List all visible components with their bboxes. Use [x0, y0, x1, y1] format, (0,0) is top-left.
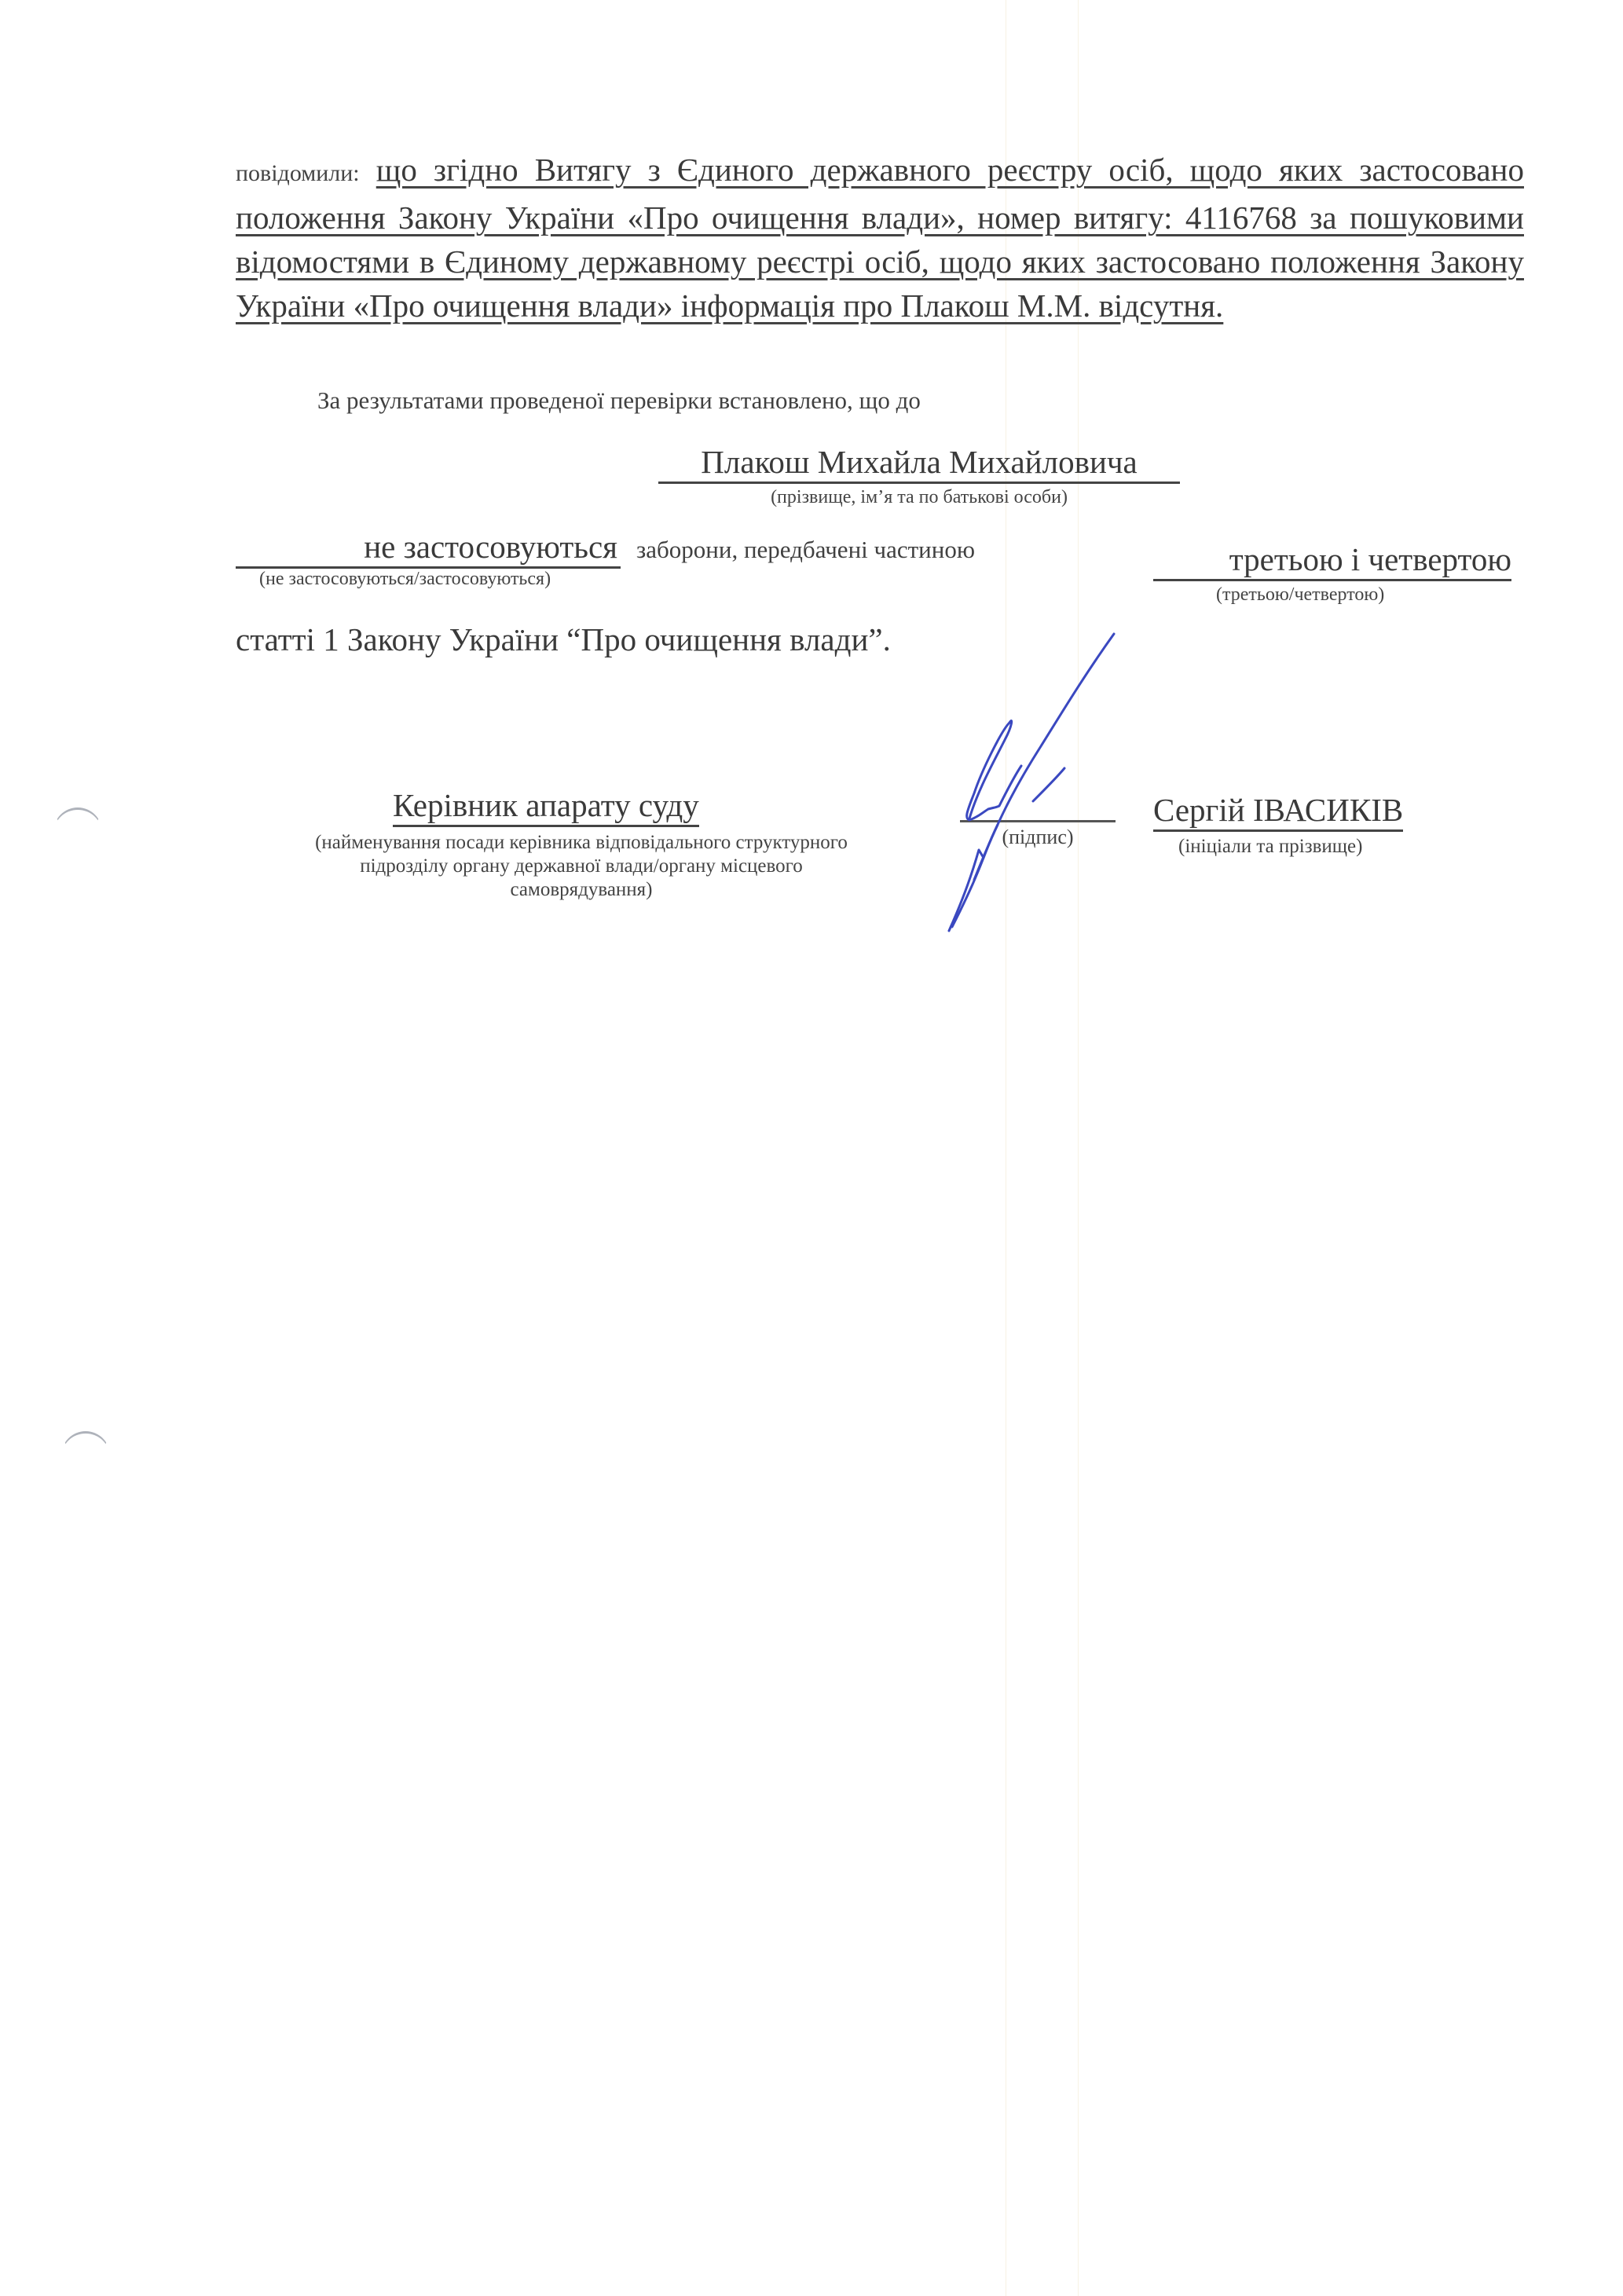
prohibitions-text: заборони, передбачені частиною [636, 536, 975, 564]
result-intro: За результатами проведеної перевірки вст… [317, 386, 921, 415]
position-caption: (найменування посади керівника відповіда… [299, 831, 864, 902]
paragraph-body: що згідно Витягу з Єдиного державного ре… [236, 152, 1524, 324]
punch-hole-mark [53, 807, 102, 856]
position-title: Керівник апарату суду [393, 785, 699, 827]
parts-caption: (третьою/четвертою) [1216, 584, 1384, 606]
scan-streak [1078, 0, 1079, 2296]
handwritten-signature-icon [903, 613, 1493, 943]
findings-paragraph: повідомили: що згідно Витягу з Єдиного д… [236, 148, 1524, 328]
person-name-field: Плакош Михайла Михайловича [658, 442, 1180, 484]
article-reference: статті 1 Закону України “Про очищення вл… [236, 621, 891, 658]
applies-field: не застосовуються [236, 527, 621, 569]
person-name-caption: (прізвище, ім’я та по батькові особи) [658, 487, 1180, 508]
applies-caption: (не застосовуються/застосовуються) [259, 569, 551, 590]
scan-streak [1006, 0, 1006, 2296]
punch-hole-mark [61, 1431, 110, 1480]
paragraph-lead: повідомили: [236, 160, 360, 186]
parts-field: третьою і четвертою [1153, 540, 1511, 581]
